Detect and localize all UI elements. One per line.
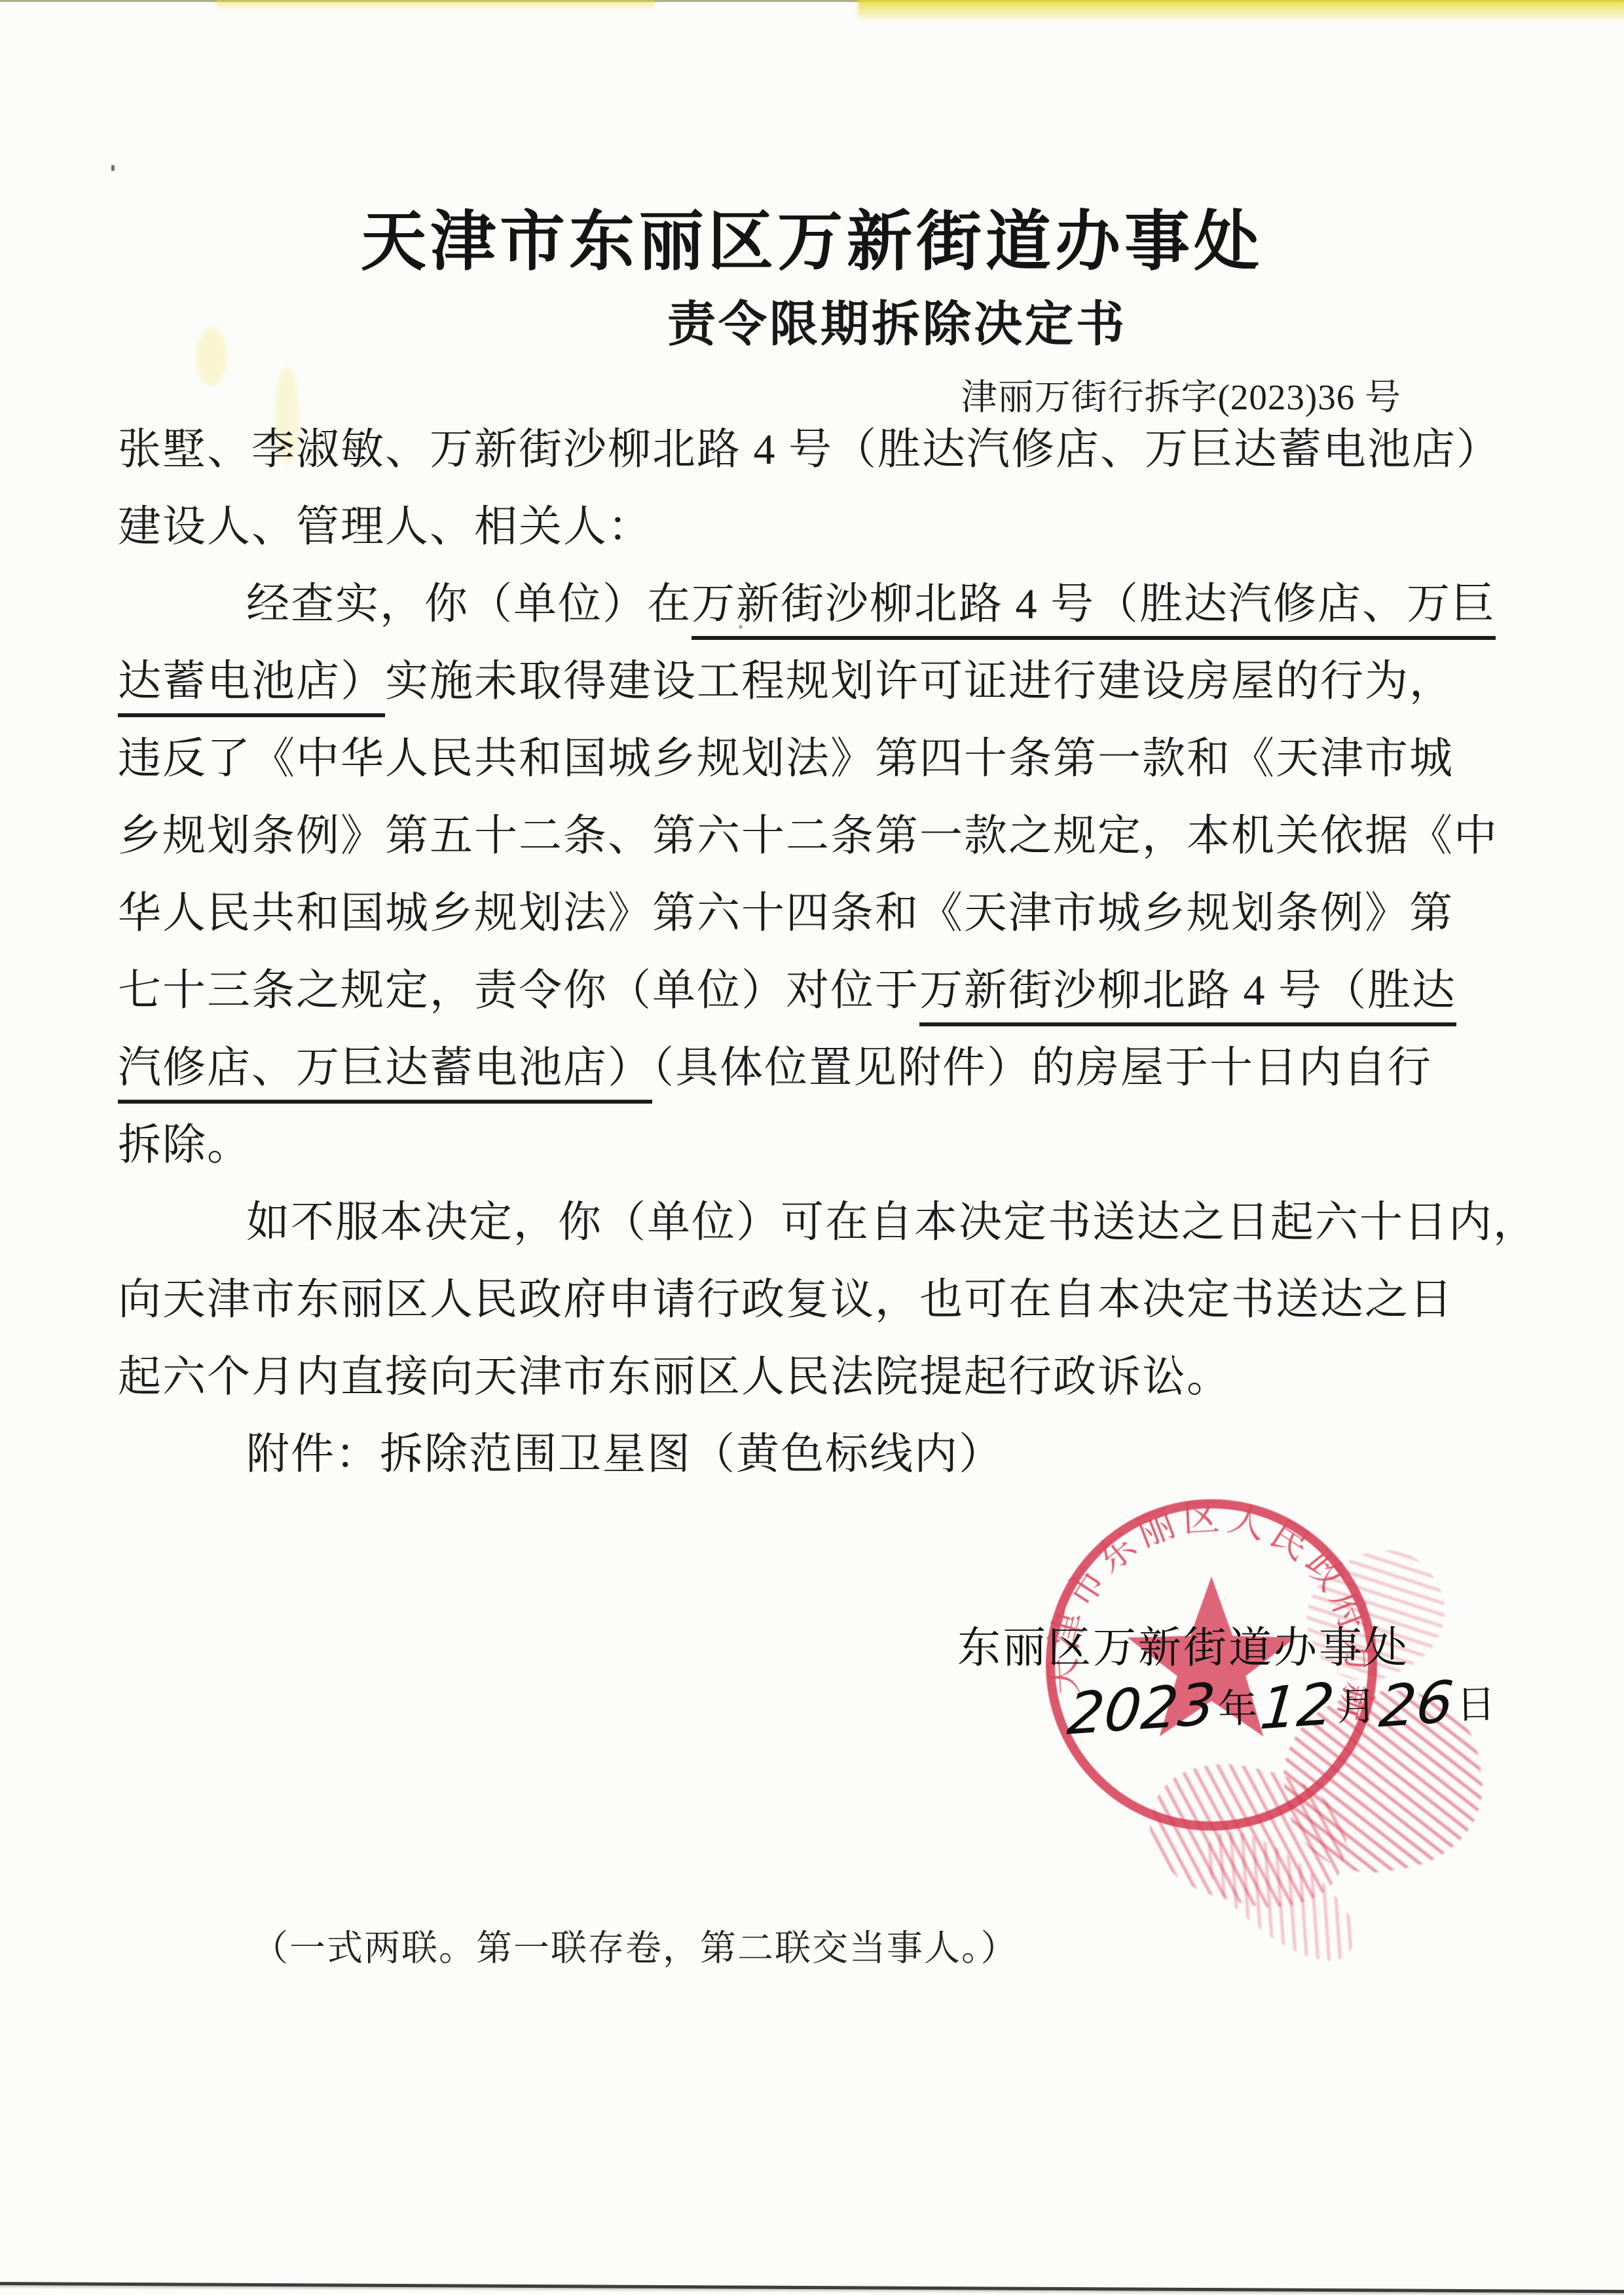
body-line: 经查实，你（单位）在万新街沙柳北路 4 号（胜达汽修店、万巨 — [118, 583, 1624, 626]
body-line: 华人民共和国城乡规划法》第六十四条和《天津市城乡规划条例》第 — [118, 892, 1506, 935]
body-text: 违反了《中华人民共和国城乡规划法》第四十条第一款和《天津市城 — [118, 735, 1454, 783]
scan-speck — [111, 165, 115, 171]
body-text: 七十三条之规定，责令你（单位）对位于 — [118, 967, 919, 1015]
signature-office: 东丽区万新街道办事处 — [957, 1613, 1409, 1675]
body-line: 乡规划条例》第五十二条、第六十二条第一款之规定，本机关依据《中 — [118, 815, 1506, 858]
body-line: 附件：拆除范围卫星图（黄色标线内） — [118, 1433, 1624, 1476]
scan-yellow-smudge — [216, 0, 655, 10]
body-line: 如不服本决定，你（单位）可在自本决定书送达之日起六十日内， — [118, 1201, 1624, 1244]
handwritten-date-number: 26 — [1377, 1673, 1456, 1736]
body-text: 乡规划条例》第五十二条、第六十二条第一款之规定，本机关依据《中 — [118, 812, 1498, 860]
underlined-text: 万新街沙柳北路 4 号（胜达汽修店、万巨 — [692, 580, 1496, 640]
body-line: 七十三条之规定，责令你（单位）对位于万新街沙柳北路 4 号（胜达 — [118, 969, 1506, 1013]
body-line: 起六个月内直接向天津市东丽区人民法院提起行政诉讼。 — [118, 1356, 1506, 1399]
body-line: 违反了《中华人民共和国城乡规划法》第四十条第一款和《天津市城 — [118, 737, 1506, 781]
scan-yellow-smudge — [858, 0, 1624, 22]
date-unit-char: 月 — [1337, 1687, 1376, 1726]
handwritten-date-number: 2023 — [1065, 1675, 1217, 1744]
document-page: 天津市东丽区万新街道办事处 责令限期拆除决定书 津丽万街行拆字(2023)36 … — [0, 0, 1624, 2295]
body-line: 达蓄电池店）实施未取得建设工程规划许可证进行建设房屋的行为， — [118, 660, 1506, 703]
body-text: （具体位置见附件）的房屋于十日内自行 — [652, 1044, 1432, 1092]
body-text: 经查实，你（单位）在 — [246, 580, 692, 628]
body-line: 建设人、管理人、相关人： — [118, 506, 1506, 549]
body-text: 张墅、李淑敏、万新街沙柳北路 4 号（胜达汽修店、万巨达蓄电池店） — [118, 426, 1501, 474]
underlined-text: 汽修店、万巨达蓄电池店） — [118, 1044, 652, 1104]
handwritten-date-number: 12 — [1258, 1675, 1337, 1738]
date-unit-char: 日 — [1456, 1685, 1496, 1725]
body-line: 向天津市东丽区人民政府申请行政复议，也可在自本决定书送达之日 — [118, 1278, 1506, 1322]
body-line: 张墅、李淑敏、万新街沙柳北路 4 号（胜达汽修店、万巨达蓄电池店） — [118, 428, 1506, 472]
body-line: 拆除。 — [118, 1124, 1506, 1167]
signature-date: 2023年12月26日 — [1065, 1674, 1497, 1739]
body-text: 建设人、管理人、相关人： — [118, 503, 652, 551]
body-text: 如不服本决定，你（单位）可在自本决定书送达之日起六十日内， — [246, 1199, 1538, 1246]
body-text: 华人民共和国城乡规划法》第六十四条和《天津市城乡规划条例》第 — [118, 889, 1454, 937]
page-title: 天津市东丽区万新街道办事处 — [0, 189, 1624, 283]
underlined-text: 万新街沙柳北路 4 号（胜达 — [919, 967, 1456, 1026]
page-subtitle: 责令限期拆除决定书 — [85, 286, 1624, 355]
scan-bottom-edge — [0, 2282, 1624, 2293]
doc-number: 津丽万街行拆字(2023)36 号 — [961, 368, 1401, 420]
body-text: 起六个月内直接向天津市东丽区人民法院提起行政诉讼。 — [118, 1353, 1231, 1401]
underlined-text: 达蓄电池店） — [118, 658, 385, 717]
body-text: 拆除。 — [118, 1121, 251, 1169]
body-text: 附件：拆除范围卫星图（黄色标线内） — [246, 1430, 1003, 1478]
body-text: 实施未取得建设工程规划许可证进行建设房屋的行为， — [385, 658, 1454, 705]
footer-note: （一式两联。第一联存卷，第二联交当事人。） — [252, 1919, 1018, 1971]
body-line: 汽修店、万巨达蓄电池店）（具体位置见附件）的房屋于十日内自行 — [118, 1047, 1506, 1090]
date-unit-char: 年 — [1217, 1689, 1257, 1729]
body-text: 向天津市东丽区人民政府申请行政复议，也可在自本决定书送达之日 — [118, 1276, 1454, 1324]
